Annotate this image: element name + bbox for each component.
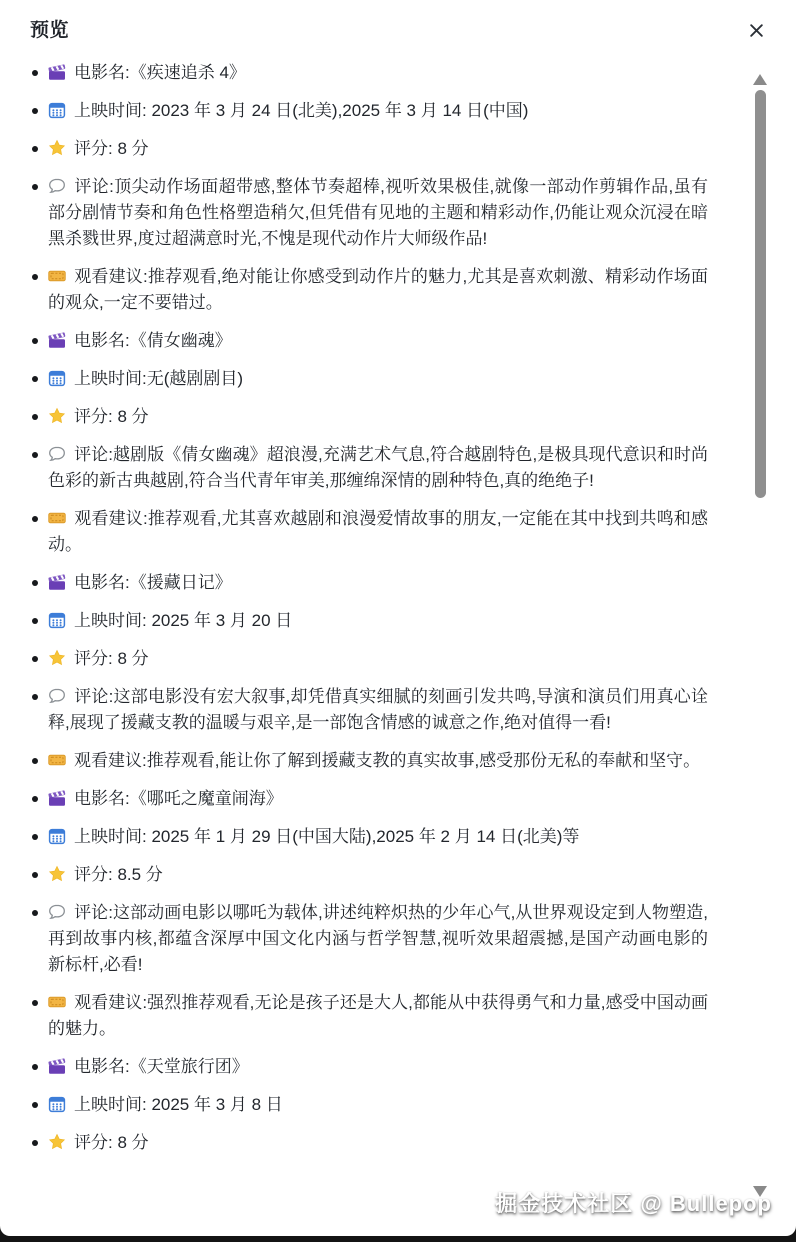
watermark: 掘金技术社区 @ Bullepop xyxy=(495,1187,772,1218)
list-item-text: 电影名:《哪吒之魔童闹海》 xyxy=(74,789,283,808)
ticket-icon xyxy=(48,267,66,285)
list-item-text: 评论:越剧版《倩女幽魂》超浪漫,充满艺术气息,符合越剧特色,是极具现代意识和时尚… xyxy=(48,445,708,490)
list-item-text: 评分: 8 分 xyxy=(74,1133,149,1152)
panel-title: 预览 xyxy=(30,18,69,44)
list-item: 上映时间: 2025 年 3 月 8 日 xyxy=(30,1092,708,1118)
list-item-text: 评分: 8.5 分 xyxy=(74,865,163,884)
list-item: 电影名:《援藏日记》 xyxy=(30,570,708,596)
speech-bubble-icon xyxy=(48,177,66,195)
speech-bubble-icon xyxy=(48,445,66,463)
clapper-board-icon xyxy=(48,331,66,349)
calendar-icon xyxy=(48,827,66,845)
list-item: 电影名:《天堂旅行团》 xyxy=(30,1054,708,1080)
list-item-text: 电影名:《天堂旅行团》 xyxy=(74,1057,249,1076)
list-item-text: 观看建议:推荐观看,尤其喜欢越剧和浪漫爱情故事的朋友,一定能在其中找到共鸣和感动… xyxy=(48,509,708,554)
list-item: 上映时间:无(越剧剧目) xyxy=(30,366,708,392)
list-item: 评论:顶尖动作场面超带感,整体节奏超棒,视听效果极佳,就像一部动作剪辑作品,虽有… xyxy=(30,174,708,252)
scroll-down-arrow-icon[interactable] xyxy=(753,1186,767,1197)
movie-list: 电影名:《疾速追杀 4》上映时间: 2023 年 3 月 24 日(北美),20… xyxy=(0,60,796,1156)
list-item: 评分: 8 分 xyxy=(30,404,708,430)
list-item-text: 上映时间:无(越剧剧目) xyxy=(74,369,243,388)
list-item-text: 上映时间: 2025 年 1 月 29 日(中国大陆),2025 年 2 月 1… xyxy=(74,827,579,846)
clapper-board-icon xyxy=(48,1057,66,1075)
list-item-text: 评分: 8 分 xyxy=(74,139,149,158)
list-item: 评分: 8 分 xyxy=(30,646,708,672)
star-icon xyxy=(48,1133,66,1151)
list-item: 观看建议:推荐观看,能让你了解到援藏支教的真实故事,感受那份无私的奉献和坚守。 xyxy=(30,748,708,774)
clapper-board-icon xyxy=(48,573,66,591)
ticket-icon xyxy=(48,509,66,527)
speech-bubble-icon xyxy=(48,903,66,921)
list-item: 评分: 8 分 xyxy=(30,136,708,162)
calendar-icon xyxy=(48,101,66,119)
list-item: 评分: 8 分 xyxy=(30,1130,708,1156)
list-item: 观看建议:推荐观看,绝对能让你感受到动作片的魅力,尤其是喜欢刺激、精彩动作场面的… xyxy=(30,264,708,316)
list-item-text: 上映时间: 2023 年 3 月 24 日(北美),2025 年 3 月 14 … xyxy=(74,101,528,120)
list-item: 电影名:《疾速追杀 4》 xyxy=(30,60,708,86)
star-icon xyxy=(48,407,66,425)
calendar-icon xyxy=(48,1095,66,1113)
scrollbar-thumb[interactable] xyxy=(755,90,766,498)
list-item-text: 观看建议:推荐观看,绝对能让你感受到动作片的魅力,尤其是喜欢刺激、精彩动作场面的… xyxy=(48,267,708,312)
list-item-text: 评论:这部动画电影以哪吒为载体,讲述纯粹炽热的少年心气,从世界观设定到人物塑造,… xyxy=(48,903,708,974)
close-button[interactable] xyxy=(744,20,768,44)
list-item: 电影名:《哪吒之魔童闹海》 xyxy=(30,786,708,812)
star-icon xyxy=(48,139,66,157)
list-item-text: 电影名:《倩女幽魂》 xyxy=(74,331,232,350)
list-item: 评分: 8.5 分 xyxy=(30,862,708,888)
close-icon xyxy=(748,22,765,42)
calendar-icon xyxy=(48,611,66,629)
list-item-text: 电影名:《疾速追杀 4》 xyxy=(74,63,246,82)
panel-header: 预览 xyxy=(0,0,796,44)
preview-panel: 预览 电影名:《疾速追杀 4》上映时间: 2023 年 3 月 24 日(北美)… xyxy=(0,0,796,1236)
clapper-board-icon xyxy=(48,63,66,81)
list-item: 上映时间: 2023 年 3 月 24 日(北美),2025 年 3 月 14 … xyxy=(30,98,708,124)
list-item-text: 评分: 8 分 xyxy=(74,649,149,668)
scroll-up-arrow-icon[interactable] xyxy=(753,74,767,85)
list-item-text: 上映时间: 2025 年 3 月 8 日 xyxy=(74,1095,283,1114)
list-item-text: 评论:顶尖动作场面超带感,整体节奏超棒,视听效果极佳,就像一部动作剪辑作品,虽有… xyxy=(48,177,708,248)
list-item: 上映时间: 2025 年 1 月 29 日(中国大陆),2025 年 2 月 1… xyxy=(30,824,708,850)
star-icon xyxy=(48,649,66,667)
list-item: 评论:这部电影没有宏大叙事,却凭借真实细腻的刻画引发共鸣,导演和演员们用真心诠释… xyxy=(30,684,708,736)
list-item-text: 上映时间: 2025 年 3 月 20 日 xyxy=(74,611,292,630)
list-item-text: 观看建议:推荐观看,能让你了解到援藏支教的真实故事,感受那份无私的奉献和坚守。 xyxy=(74,751,700,770)
list-item-text: 评论:这部电影没有宏大叙事,却凭借真实细腻的刻画引发共鸣,导演和演员们用真心诠释… xyxy=(48,687,708,732)
calendar-icon xyxy=(48,369,66,387)
list-item: 观看建议:推荐观看,尤其喜欢越剧和浪漫爱情故事的朋友,一定能在其中找到共鸣和感动… xyxy=(30,506,708,558)
star-icon xyxy=(48,865,66,883)
list-item: 上映时间: 2025 年 3 月 20 日 xyxy=(30,608,708,634)
list-item-text: 观看建议:强烈推荐观看,无论是孩子还是大人,都能从中获得勇气和力量,感受中国动画… xyxy=(48,993,708,1038)
list-item-text: 评分: 8 分 xyxy=(74,407,149,426)
clapper-board-icon xyxy=(48,789,66,807)
list-item: 评论:这部动画电影以哪吒为载体,讲述纯粹炽热的少年心气,从世界观设定到人物塑造,… xyxy=(30,900,708,978)
ticket-icon xyxy=(48,751,66,769)
list-item: 观看建议:强烈推荐观看,无论是孩子还是大人,都能从中获得勇气和力量,感受中国动画… xyxy=(30,990,708,1042)
list-item: 电影名:《倩女幽魂》 xyxy=(30,328,708,354)
list-item-text: 电影名:《援藏日记》 xyxy=(74,573,232,592)
speech-bubble-icon xyxy=(48,687,66,705)
ticket-icon xyxy=(48,993,66,1011)
list-item: 评论:越剧版《倩女幽魂》超浪漫,充满艺术气息,符合越剧特色,是极具现代意识和时尚… xyxy=(30,442,708,494)
